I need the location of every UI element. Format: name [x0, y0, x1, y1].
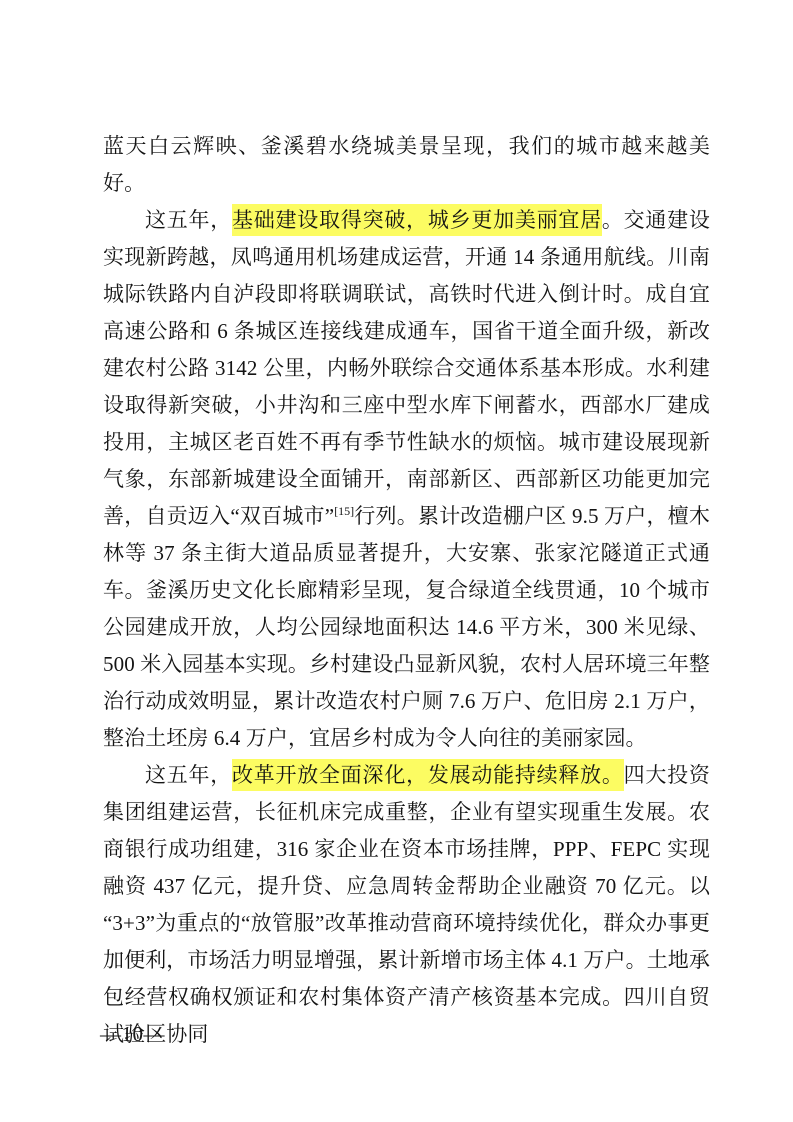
- document-page: 蓝天白云辉映、釜溪碧水绕城美景呈现，我们的城市越来越美好。这五年，基础建设取得突…: [0, 0, 793, 1122]
- text-segment: 四大投资集团组建运营，长征机床完成重整，企业有望实现重生发展。农商银行成功组建，…: [103, 763, 710, 1046]
- document-content: 蓝天白云辉映、釜溪碧水绕城美景呈现，我们的城市越来越美好。这五年，基础建设取得突…: [103, 128, 710, 1053]
- footnote-reference: [15]: [334, 504, 354, 518]
- text-segment: 行列。累计改造棚户区 9.5 万户，檀木林等 37 条主街大道品质显著提升，大安…: [103, 504, 710, 750]
- highlighted-text: 基础建设取得突破，城乡更加美丽宜居: [232, 204, 602, 236]
- text-segment: 这五年，: [145, 763, 232, 787]
- text-segment: 这五年，: [145, 208, 232, 232]
- paragraph: 这五年，改革开放全面深化，发展动能持续释放。四大投资集团组建运营，长征机床完成重…: [103, 757, 710, 1053]
- text-segment: 。交通建设实现新跨越，凤鸣通用机场建成运营，开通 14 条通用航线。川南城际铁路…: [103, 208, 710, 528]
- paragraph: 蓝天白云辉映、釜溪碧水绕城美景呈现，我们的城市越来越美好。: [103, 128, 710, 202]
- highlighted-text: 改革开放全面深化，发展动能持续释放。: [232, 759, 624, 791]
- paragraph: 这五年，基础建设取得突破，城乡更加美丽宜居。交通建设实现新跨越，凤鸣通用机场建成…: [103, 202, 710, 757]
- text-segment: 蓝天白云辉映、釜溪碧水绕城美景呈现，我们的城市越来越美好。: [103, 134, 710, 195]
- page-number: —10—: [100, 1022, 165, 1046]
